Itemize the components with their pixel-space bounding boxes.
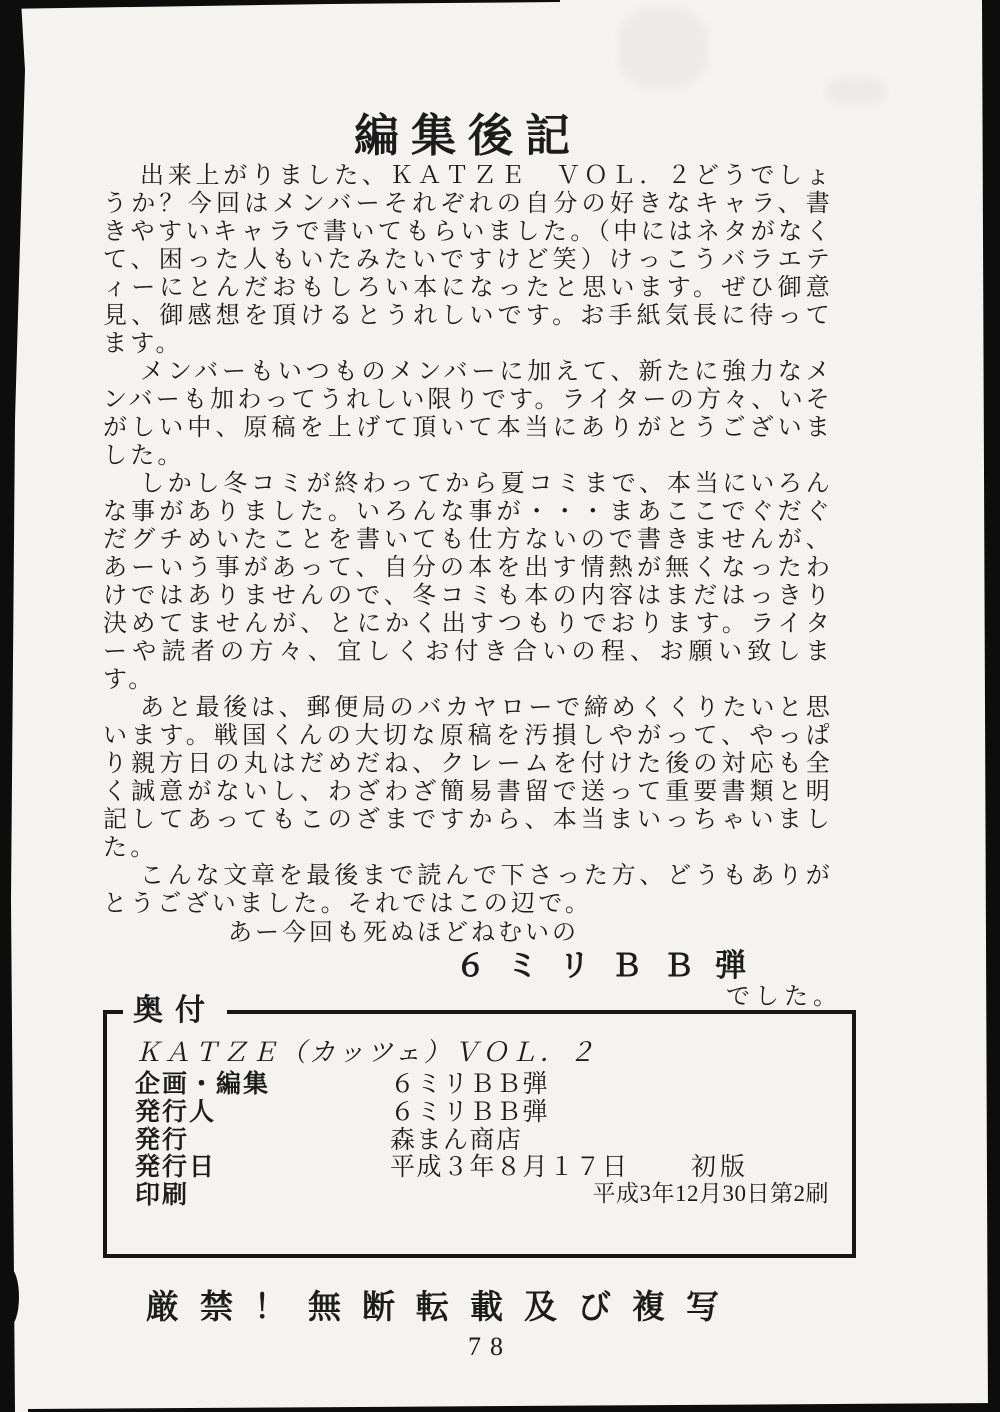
afterword-body: 出来上がりました、ＫＡＴＺＥ ＶＯＬ．２どうでしょうか？今回はメンバーそれぞれの…: [103, 162, 833, 918]
scan-edge-bottom: [28, 1403, 1000, 1412]
colophon-box: 奥付 ＫＡＴＺＥ（カッツェ）ＶＯＬ．２ 企画・編集 ６ミリＢＢ弾 発行人 ６ミリ…: [103, 1010, 856, 1258]
colophon-row: 発行日 平成３年８月１７日 初版: [135, 1147, 835, 1175]
scan-artifact-blob: [0, 1268, 19, 1326]
colophon-row: 発行 森まん商店: [135, 1120, 835, 1148]
scan-edge-left: [0, 0, 30, 1412]
signoff-author-name: ６ミリＢＢ弾: [455, 940, 767, 985]
paragraph: 出来上がりました、ＫＡＴＺＥ ＶＯＬ．２どうでしょうか？今回はメンバーそれぞれの…: [103, 162, 833, 358]
colophon-row-value: 平成3年12月30日第2刷: [593, 1175, 830, 1208]
page-number: 78: [468, 1332, 512, 1362]
paragraph: メンバーもいつものメンバーに加えて、新たに強力なメンバーも加わってうれしい限りで…: [103, 358, 833, 470]
colophon-row: 発行人 ６ミリＢＢ弾: [135, 1092, 835, 1120]
scan-artifact-blob: [0, 248, 15, 310]
paragraph: あと最後は、郵便局のバカヤローで締めくくりたいと思います。戦国くんの大切な原稿を…: [103, 694, 833, 862]
reprint-prohibition-notice: 厳禁！無断転載及び複写: [146, 1281, 740, 1328]
colophon-row: 企画・編集 ６ミリＢＢ弾: [135, 1064, 835, 1092]
scanned-page: 編集後記 出来上がりました、ＫＡＴＺＥ ＶＯＬ．２どうでしょうか？今回はメンバー…: [0, 0, 1000, 1412]
paragraph: こんな文章を最後まで読んで下さった方、どうもありがとうございました。それではこの…: [103, 862, 833, 918]
colophon-row: 印刷 平成3年12月30日第2刷: [135, 1175, 835, 1203]
page-title: 編集後記: [103, 110, 833, 162]
colophon-row-label: 印刷: [135, 1175, 189, 1211]
signoff-closing: でした。: [726, 976, 842, 1011]
colophon-heading: 奥付: [123, 994, 227, 1028]
scan-edge-right: [982, 0, 1000, 1412]
scan-artifact-blob: [0, 618, 11, 666]
afterword-column: 編集後記 出来上がりました、ＫＡＴＺＥ ＶＯＬ．２どうでしょうか？今回はメンバー…: [103, 110, 833, 918]
bleed-through-smudge: [826, 78, 886, 104]
bleed-through-smudge: [618, 8, 708, 88]
scan-edge-top: [0, 0, 560, 9]
paragraph: しかし冬コミが終わってから夏コミまで、本当にいろんな事がありました。いろんな事が…: [103, 470, 833, 694]
